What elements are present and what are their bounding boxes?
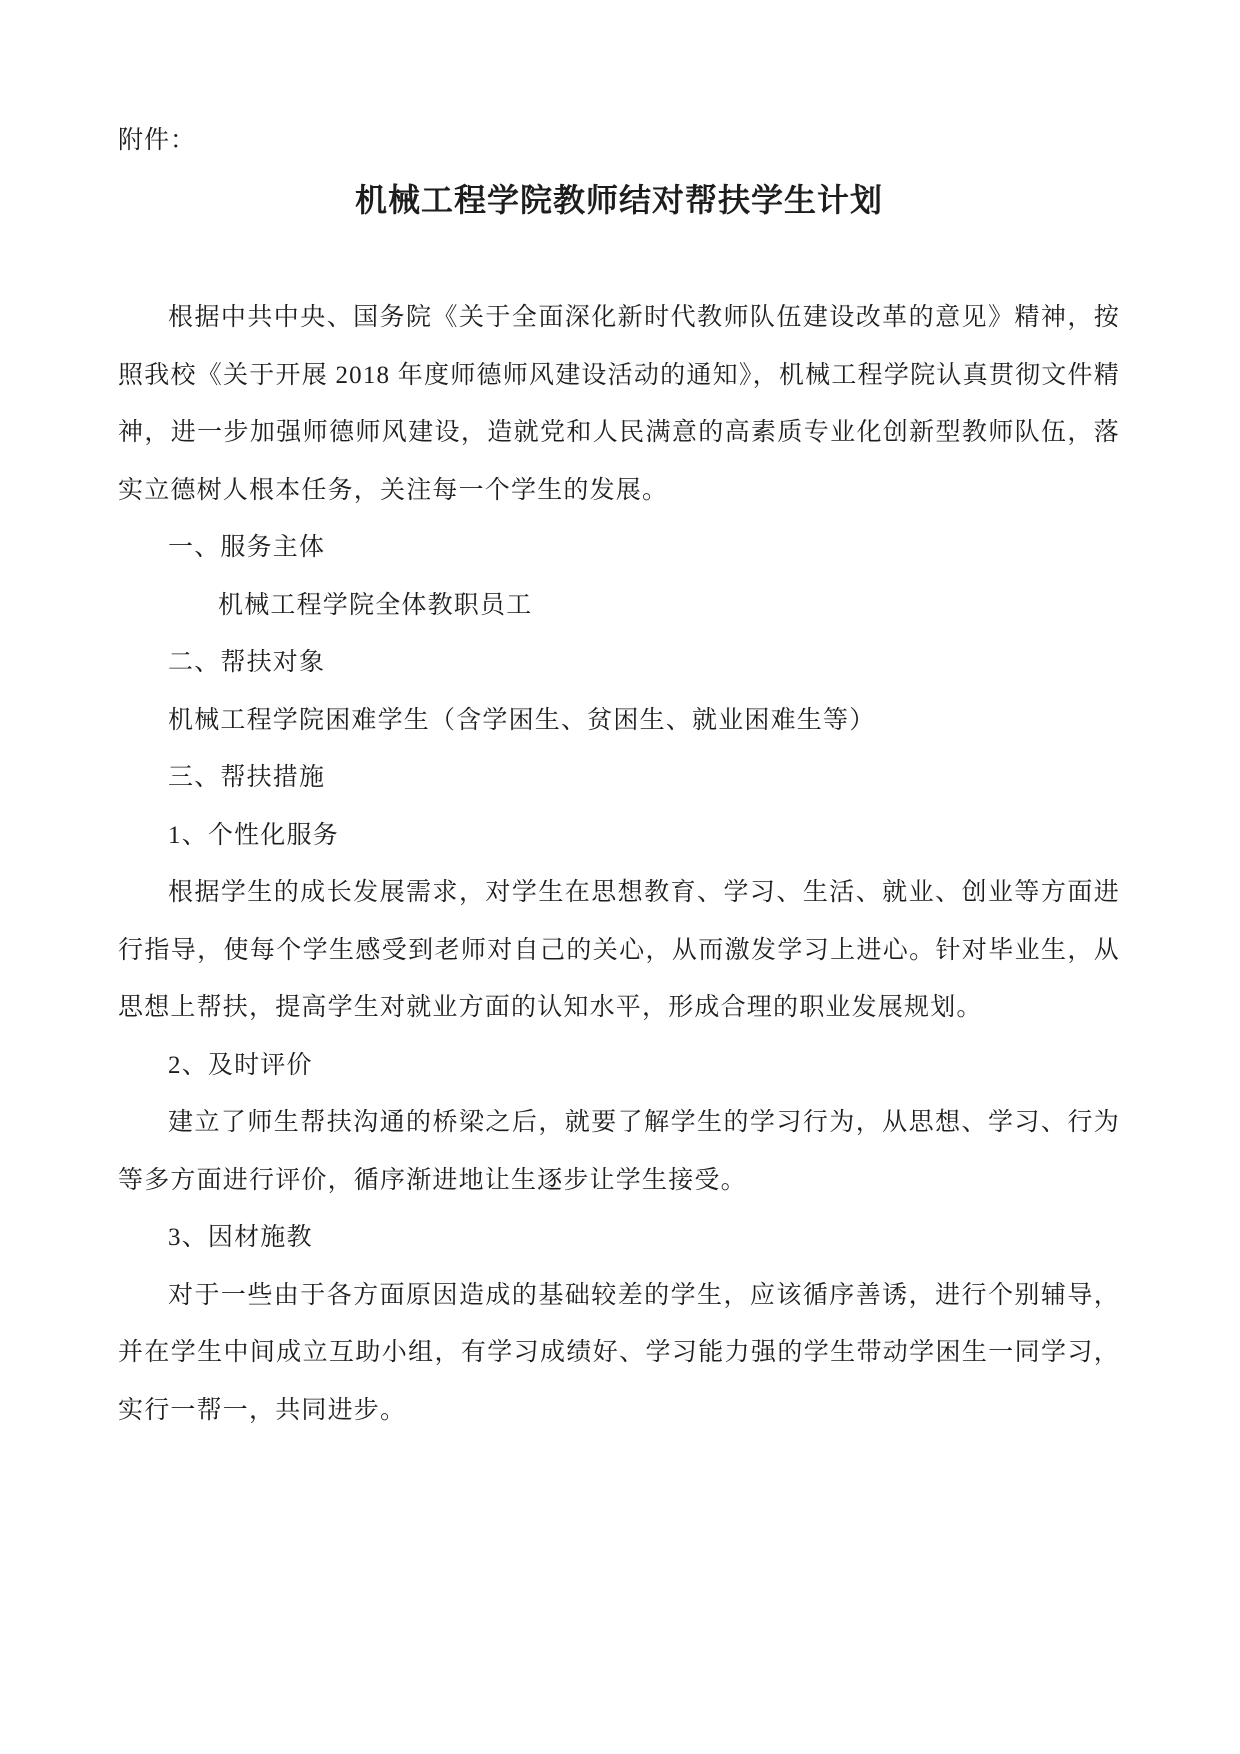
paragraph-personalized-service: 根据学生的成长发展需求，对学生在思想教育、学习、生活、就业、创业等方面进行指导，… bbox=[118, 864, 1120, 1037]
attachment-label: 附件： bbox=[118, 112, 1120, 169]
section-heading-service-subject: 一、服务主体 bbox=[118, 519, 1120, 577]
paragraph-assist-targets: 机械工程学院困难学生（含学困生、贫困生、就业困难生等） bbox=[118, 692, 1120, 750]
paragraph-intro: 根据中共中央、国务院《关于全面深化新时代教师队伍建设改革的意见》精神，按照我校《… bbox=[118, 289, 1120, 519]
document-title: 机械工程学院教师结对帮扶学生计划 bbox=[118, 169, 1120, 231]
sub-heading-timely-evaluation: 2、及时评价 bbox=[118, 1037, 1120, 1095]
paragraph-timely-evaluation: 建立了师生帮扶沟通的桥梁之后，就要了解学生的学习行为，从思想、学习、行为等多方面… bbox=[118, 1094, 1120, 1209]
sub-heading-personalized-service: 1、个性化服务 bbox=[118, 807, 1120, 865]
paragraph-service-subject: 机械工程学院全体教职员工 bbox=[118, 577, 1120, 635]
section-heading-assist-measures: 三、帮扶措施 bbox=[118, 749, 1120, 807]
section-heading-assist-targets: 二、帮扶对象 bbox=[118, 634, 1120, 692]
sub-heading-teach-by-aptitude: 3、因材施教 bbox=[118, 1209, 1120, 1267]
document-page: 附件： 机械工程学院教师结对帮扶学生计划 根据中共中央、国务院《关于全面深化新时… bbox=[0, 0, 1240, 1754]
paragraph-teach-by-aptitude: 对于一些由于各方面原因造成的基础较差的学生，应该循序善诱，进行个别辅导，并在学生… bbox=[118, 1267, 1120, 1440]
